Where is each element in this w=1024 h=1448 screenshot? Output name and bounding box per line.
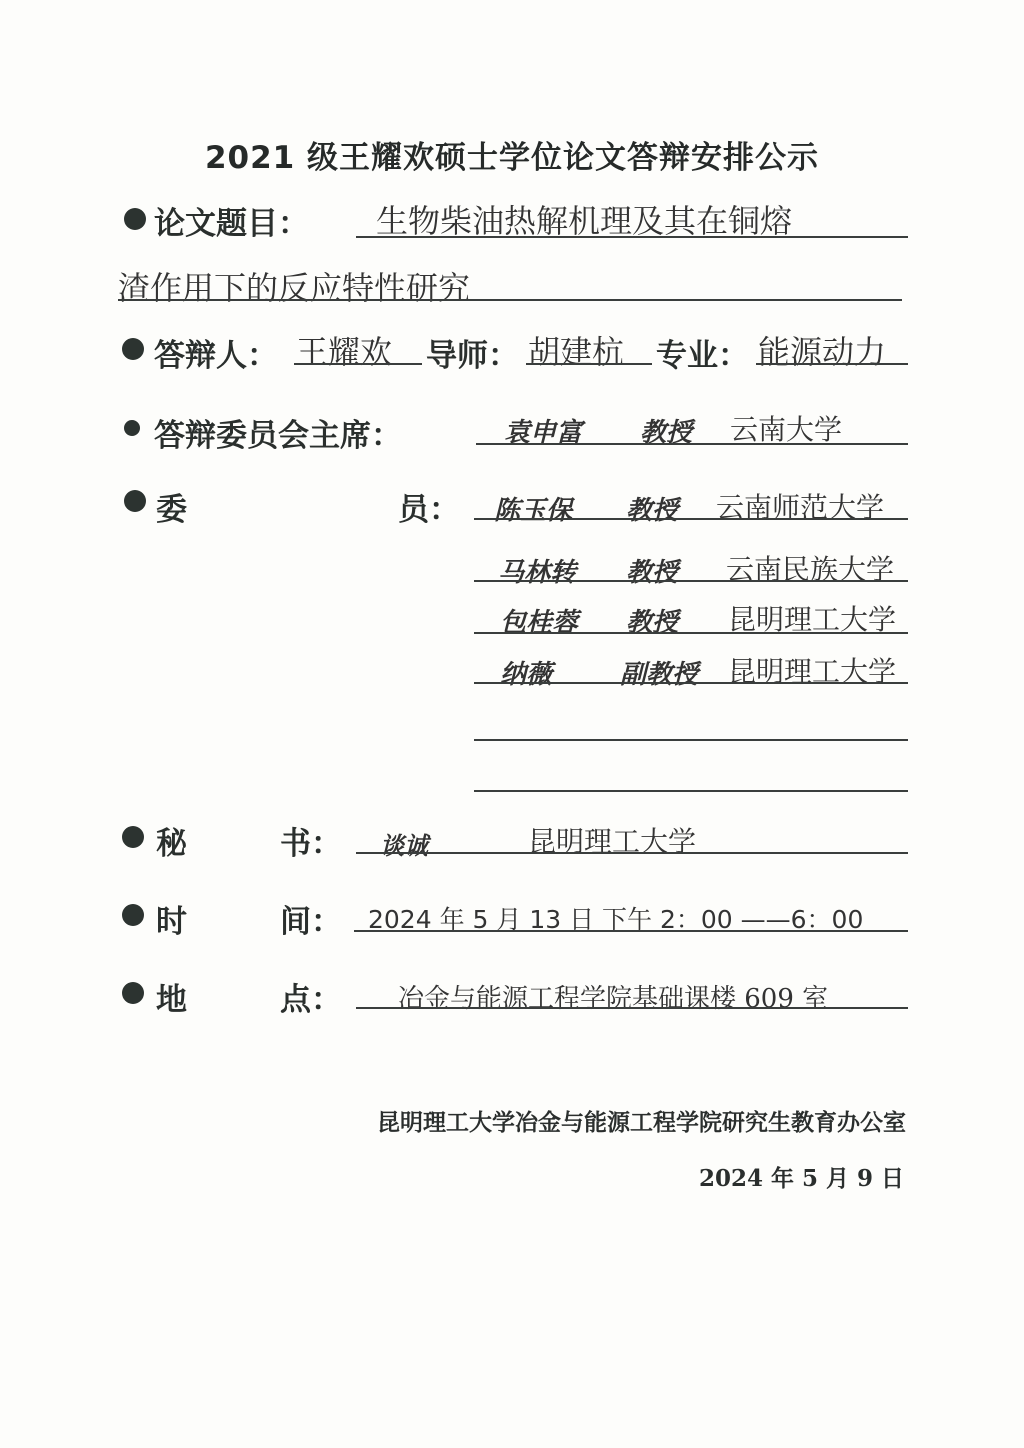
- advisor-label: 导师：: [426, 330, 519, 375]
- underline: [294, 363, 422, 365]
- bullet-icon: [124, 420, 140, 436]
- issue-date: 2024 年 5 月 9 日: [699, 1160, 904, 1193]
- chair-org: 云南大学: [730, 408, 842, 448]
- member-org: 昆明理工大学: [728, 650, 896, 690]
- secretary-org: 昆明理工大学: [528, 820, 696, 860]
- underline: [474, 632, 908, 634]
- bullet-icon: [124, 208, 146, 230]
- underline: [356, 236, 908, 238]
- member-name: 陈玉保: [494, 490, 572, 527]
- member-org: 云南师范大学: [716, 486, 884, 526]
- major-value: 能源动力: [758, 327, 886, 373]
- time-label: 时: [156, 896, 187, 941]
- bullet-icon: [122, 338, 144, 360]
- member-name: 马林转: [498, 552, 576, 589]
- bullet-icon: [124, 490, 146, 512]
- underline: [356, 1007, 908, 1009]
- candidate-name: 王耀欢: [296, 327, 392, 373]
- member-title: 教授: [626, 490, 678, 527]
- bullet-icon: [122, 982, 144, 1004]
- blank-underline: [474, 790, 908, 792]
- underline: [474, 580, 908, 582]
- underline: [118, 299, 902, 301]
- member-title: 教授: [626, 552, 678, 589]
- members-label: 委: [156, 484, 187, 529]
- place-value: 冶金与能源工程学院基础课楼 609 室: [398, 978, 828, 1015]
- issuing-office: 昆明理工大学冶金与能源工程学院研究生教育办公室: [377, 1104, 906, 1137]
- underline: [756, 363, 908, 365]
- member-name: 纳薇: [500, 654, 552, 691]
- secretary-label-suffix: 书：: [280, 818, 342, 863]
- time-label-suffix: 间：: [280, 896, 342, 941]
- underline: [476, 443, 908, 445]
- members-label-suffix: 员：: [398, 484, 460, 529]
- secretary-name: 谈诚: [380, 826, 428, 861]
- place-label-suffix: 点：: [280, 974, 342, 1019]
- chair-label: 答辩委员会主席：: [154, 410, 402, 455]
- member-org: 云南民族大学: [726, 548, 894, 588]
- underline: [474, 518, 908, 520]
- underline: [354, 930, 908, 932]
- secretary-label: 秘: [156, 818, 187, 863]
- candidate-label: 答辩人：: [154, 330, 278, 375]
- underline: [526, 363, 652, 365]
- underline: [474, 682, 908, 684]
- thesis-label: 论文题目：: [154, 198, 309, 243]
- bullet-icon: [122, 904, 144, 926]
- page-title: 2021 级王耀欢硕士学位论文答辩安排公示: [0, 132, 1024, 177]
- member-title: 副教授: [620, 654, 698, 691]
- place-label: 地: [156, 974, 187, 1019]
- major-label: 专业：: [656, 330, 749, 375]
- underline: [356, 852, 908, 854]
- thesis-title-line2: 渣作用下的反应特性研究: [118, 263, 470, 309]
- blank-underline: [474, 739, 908, 741]
- bullet-icon: [122, 826, 144, 848]
- advisor-name: 胡建杭: [528, 327, 624, 373]
